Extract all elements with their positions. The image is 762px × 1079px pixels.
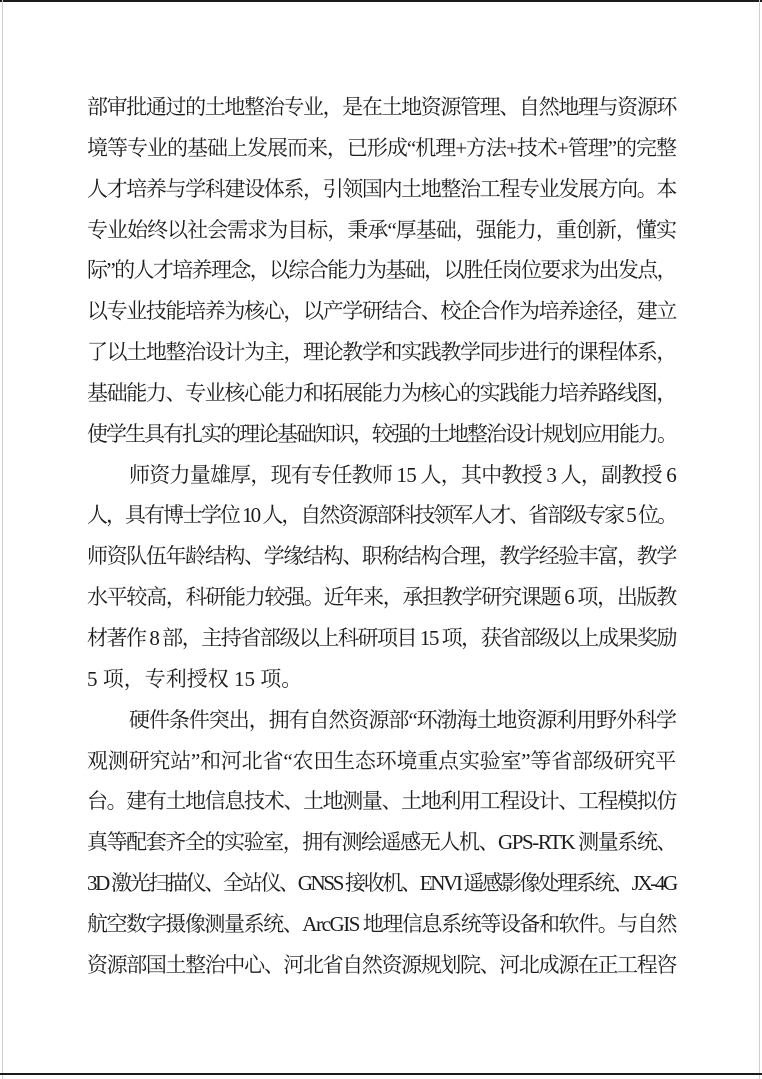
text-line-text: 真等配套齐全的实验室，拥有测绘遥感无人机、GPS-RTK 测量系统、: [87, 822, 676, 863]
text-line-text: 观测研究站”和河北省“农田生态环境重点实验室”等省部级研究平: [87, 741, 676, 782]
document-page: 部审批通过的土地整治专业，是在土地资源管理、自然地理与资源环境等专业的基础上发展…: [0, 0, 762, 1079]
text-line-text: 以专业技能培养为核心，以产学研结合、校企合作为培养途径，建立: [87, 291, 676, 332]
text-line-text: 水平较高，科研能力较强。近年来，承担教学研究课题 6 项，出版教: [87, 577, 676, 618]
paragraph: 硬件条件突出，拥有自然资源部“环渤海土地资源利用野外科学观测研究站”和河北省“农…: [87, 700, 676, 986]
text-line-text: 人才培养与学科建设体系，引领国内土地整治工程专业发展方向。本: [87, 169, 676, 210]
text-line-text: 人，具有博士学位 10 人，自然资源部科技领军人才、省部级专家 5 位。: [87, 495, 676, 536]
text-line: 人，具有博士学位 10 人，自然资源部科技领军人才、省部级专家 5 位。: [87, 495, 676, 536]
text-line-text: 师资队伍年龄结构、学缘结构、职称结构合理，教学经验丰富，教学: [87, 536, 676, 577]
text-block: 部审批通过的土地整治专业，是在土地资源管理、自然地理与资源环境等专业的基础上发展…: [87, 87, 676, 986]
text-line: 航空数字摄像测量系统、ArcGIS 地理信息系统等设备和软件。与自然: [87, 904, 676, 945]
text-line-text: 材著作 8 部，主持省部级以上科研项目 15 项，获省部级以上成果奖励: [87, 618, 676, 659]
text-line: 观测研究站”和河北省“农田生态环境重点实验室”等省部级研究平: [87, 741, 676, 782]
text-line-text: 部审批通过的土地整治专业，是在土地资源管理、自然地理与资源环: [87, 87, 676, 128]
text-line-text: 境等专业的基础上发展而来，已形成“机理+方法+技术+管理”的完整: [87, 128, 676, 169]
text-line-text: 使学生具有扎实的理论基础知识，较强的土地整治设计规划应用能力。: [87, 414, 676, 455]
text-line-text: 了以土地整治设计为主，理论教学和实践教学同步进行的课程体系，: [87, 332, 676, 373]
paragraph: 部审批通过的土地整治专业，是在土地资源管理、自然地理与资源环境等专业的基础上发展…: [87, 87, 676, 455]
page-right-edge: [759, 0, 760, 1079]
text-line-text: 专业始终以社会需求为目标，秉承“厚基础，强能力，重创新，懂实: [87, 210, 676, 251]
text-line: 真等配套齐全的实验室，拥有测绘遥感无人机、GPS-RTK 测量系统、: [87, 822, 676, 863]
text-line-text: 师资力量雄厚，现有专任教师 15 人，其中教授 3 人，副教授 6: [129, 455, 676, 496]
paragraph: 师资力量雄厚，现有专任教师 15 人，其中教授 3 人，副教授 6人，具有博士学…: [87, 455, 676, 700]
text-line: 境等专业的基础上发展而来，已形成“机理+方法+技术+管理”的完整: [87, 128, 676, 169]
text-line-text: 际”的人才培养理念，以综合能力为基础，以胜任岗位要求为出发点，: [87, 250, 676, 291]
text-line: 人才培养与学科建设体系，引领国内土地整治工程专业发展方向。本: [87, 169, 676, 210]
text-line-text: 航空数字摄像测量系统、ArcGIS 地理信息系统等设备和软件。与自然: [87, 904, 676, 945]
text-line-text: 硬件条件突出，拥有自然资源部“环渤海土地资源利用野外科学: [129, 700, 676, 741]
text-line: 资源部国土整治中心、河北省自然资源规划院、河北成源在正工程咨: [87, 945, 676, 986]
text-line: 基础能力、专业核心能力和拓展能力为核心的实践能力培养路线图，: [87, 373, 676, 414]
text-line: 以专业技能培养为核心，以产学研结合、校企合作为培养途径，建立: [87, 291, 676, 332]
text-line: 师资力量雄厚，现有专任教师 15 人，其中教授 3 人，副教授 6: [87, 455, 676, 496]
text-line: 3D 激光扫描仪、全站仪、GNSS 接收机、ENVI 遥感影像处理系统、JX-4…: [87, 863, 676, 904]
text-line-text: 3D 激光扫描仪、全站仪、GNSS 接收机、ENVI 遥感影像处理系统、JX-4…: [87, 863, 676, 904]
text-line: 部审批通过的土地整治专业，是在土地资源管理、自然地理与资源环: [87, 87, 676, 128]
page-bottom-border: [0, 1073, 762, 1075]
text-line: 水平较高，科研能力较强。近年来，承担教学研究课题 6 项，出版教: [87, 577, 676, 618]
text-line: 台。建有土地信息技术、土地测量、土地利用工程设计、工程模拟仿: [87, 781, 676, 822]
text-line-text: 资源部国土整治中心、河北省自然资源规划院、河北成源在正工程咨: [87, 945, 676, 986]
page-top-border: [0, 0, 762, 2]
page-left-edge: [2, 0, 3, 1079]
text-line: 了以土地整治设计为主，理论教学和实践教学同步进行的课程体系，: [87, 332, 676, 373]
text-line: 师资队伍年龄结构、学缘结构、职称结构合理，教学经验丰富，教学: [87, 536, 676, 577]
text-line-text: 5 项，专利授权 15 项。: [87, 659, 302, 700]
text-line: 专业始终以社会需求为目标，秉承“厚基础，强能力，重创新，懂实: [87, 210, 676, 251]
text-line: 硬件条件突出，拥有自然资源部“环渤海土地资源利用野外科学: [87, 700, 676, 741]
text-line: 5 项，专利授权 15 项。: [87, 659, 676, 700]
text-line-text: 基础能力、专业核心能力和拓展能力为核心的实践能力培养路线图，: [87, 373, 676, 414]
text-line: 使学生具有扎实的理论基础知识，较强的土地整治设计规划应用能力。: [87, 414, 676, 455]
text-line: 际”的人才培养理念，以综合能力为基础，以胜任岗位要求为出发点，: [87, 250, 676, 291]
text-line: 材著作 8 部，主持省部级以上科研项目 15 项，获省部级以上成果奖励: [87, 618, 676, 659]
text-line-text: 台。建有土地信息技术、土地测量、土地利用工程设计、工程模拟仿: [87, 781, 676, 822]
